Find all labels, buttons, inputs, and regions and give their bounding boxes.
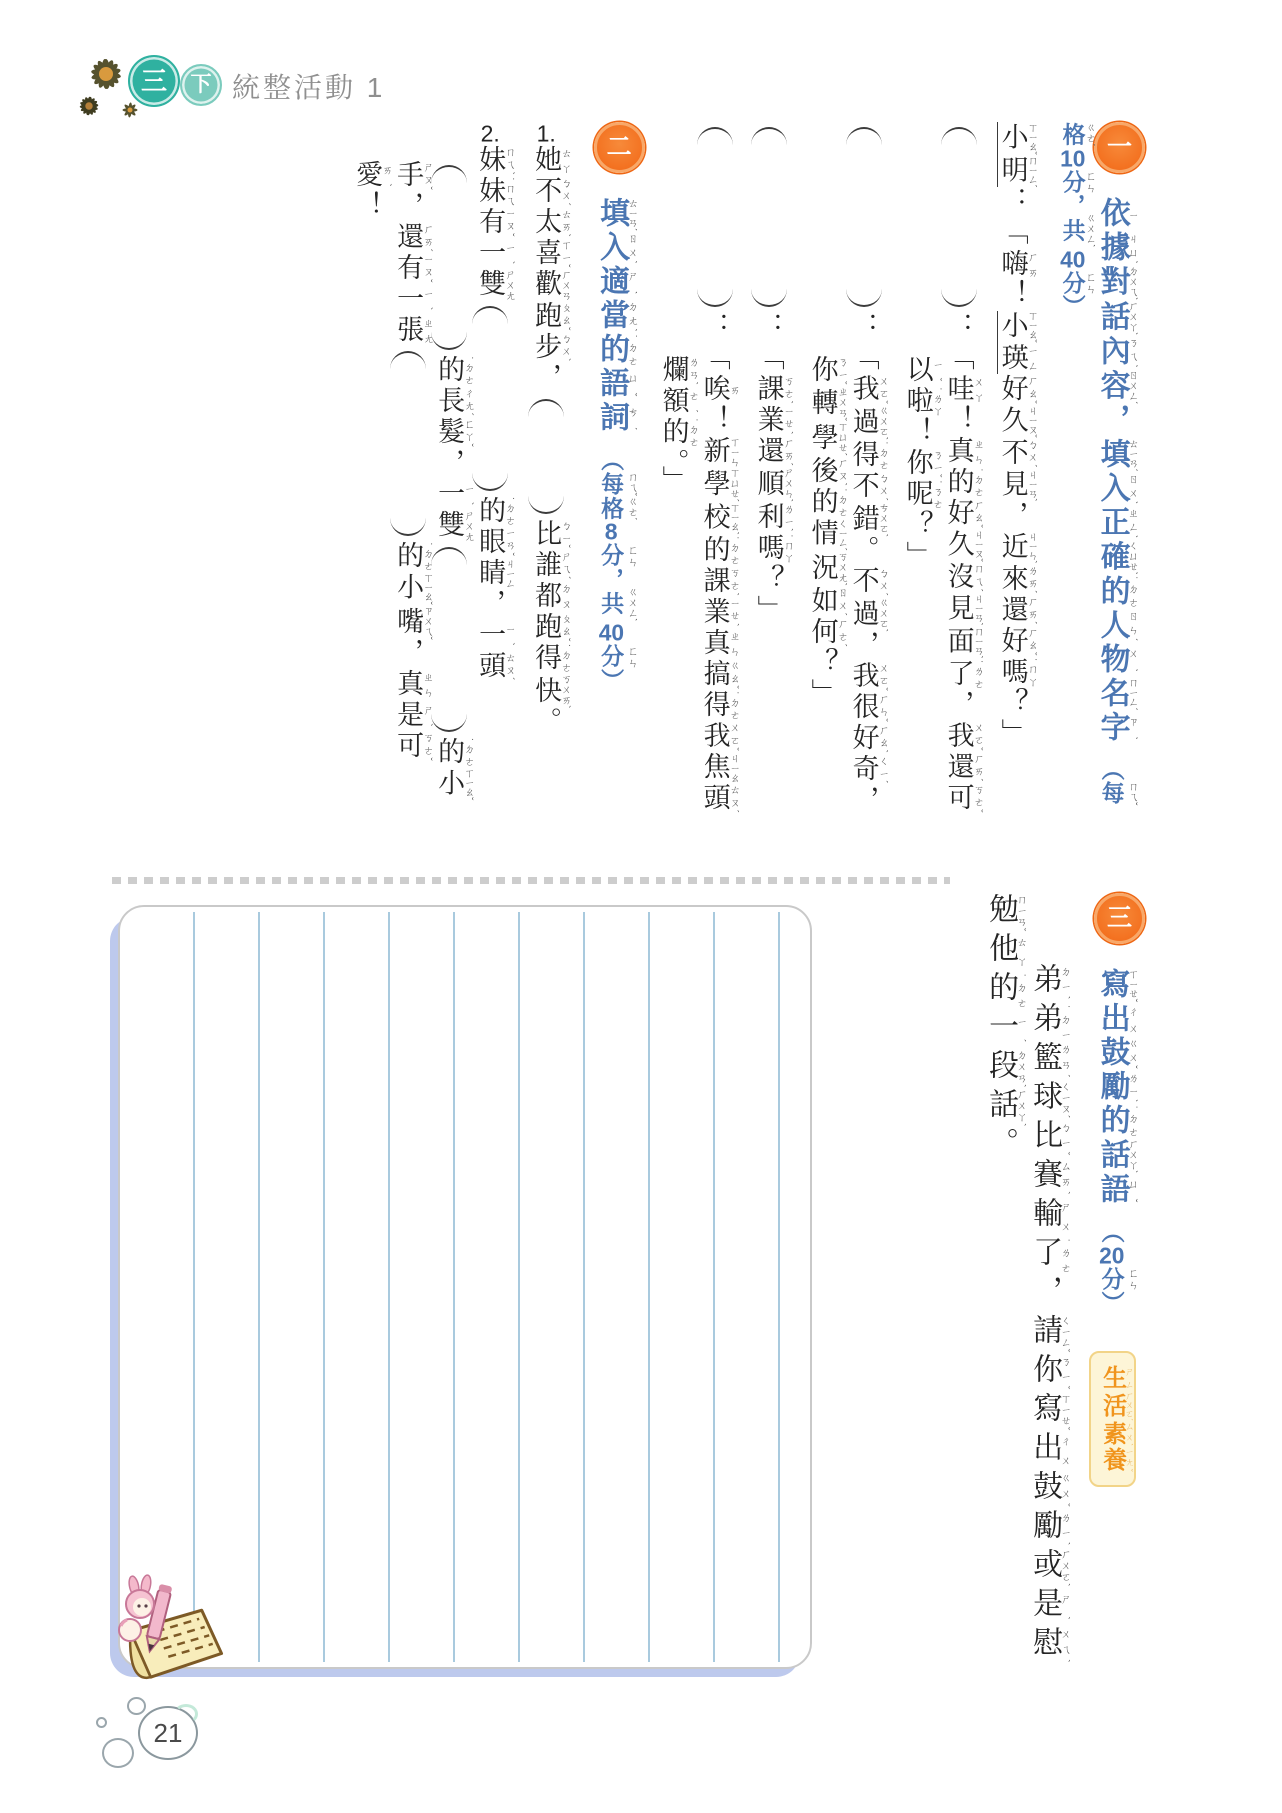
dialogue-line: ：「課ㄎㄜˋ業ㄧㄝˋ還ㄏㄞˊ順ㄕㄨㄣˋ利ㄌㄧˋ嗎˙ㄇㄚ？」 (750, 122, 794, 822)
punctuation: ： (700, 312, 730, 343)
page-number: 21 (138, 1706, 198, 1760)
section2-title: 二 填ㄊㄧㄢˊ入ㄖㄨˋ適ㄕˋ當ㄉㄤˋ的˙ㄉㄜ語ㄩˇ詞ㄘˊ （每ㄇㄟˇ格ㄍㄜˊ8分… (589, 122, 644, 822)
lower-content-band: 三 寫ㄒㄧㄝˇ出ㄔㄨ鼓ㄍㄨˇ勵ㄌㄧˋ的˙ㄉㄜ話ㄏㄨㄚˋ語ㄩˇ （20分ㄈㄣ） 生… (905, 893, 1145, 1685)
punctuation: ？ (808, 648, 838, 679)
punctuation: 。 (849, 535, 879, 566)
punctuation: ！ (944, 405, 974, 436)
item-number: 2. (477, 122, 503, 145)
life-literacy-badge: 生ㄕㄥ活ㄏㄨㄛˊ素ㄙㄨˋ養ㄧㄤˇ (1089, 1351, 1137, 1487)
punctuation: ， (393, 191, 423, 222)
punctuation: ？ (998, 688, 1028, 719)
punctuation: ！ (903, 417, 933, 448)
punctuation: ， (998, 501, 1028, 532)
punctuation: 「 (754, 343, 784, 374)
answer-blank[interactable] (700, 127, 730, 307)
answer-blank[interactable] (434, 547, 464, 732)
section3-prompt: 弟ㄉㄧˋ弟˙ㄉㄧ籃ㄌㄢˊ球ㄑㄧㄡˊ比ㄅㄧˇ賽ㄙㄞˋ輸ㄕㄨ了˙ㄌㄜ，請ㄑㄧㄥˇ你ㄋ… (978, 893, 1071, 1685)
section3-score-note: （20分ㄈㄣ） (1099, 1220, 1125, 1315)
upright-number: 8 (598, 520, 624, 543)
section1-number-circle: 一 (1094, 122, 1145, 173)
punctuation: 。 (984, 1127, 1017, 1166)
upper-content-band: 一 依ㄧ據ㄐㄩˋ對ㄉㄨㄟˋ話ㄏㄨㄚˋ內ㄋㄟˋ容ㄖㄨㄥˊ，填ㄊㄧㄢˊ入ㄖㄨˋ正ㄓㄥ… (85, 122, 1145, 822)
section3-title-text: 寫ㄒㄧㄝˇ出ㄔㄨ鼓ㄍㄨˇ勵ㄌㄧˋ的˙ㄉㄜ話ㄏㄨㄚˋ語ㄩˇ (1096, 968, 1129, 1207)
answer-blank[interactable] (475, 306, 505, 491)
fill-in-item-1: 1.她ㄊㄚ不ㄅㄨˊ太ㄊㄞˋ喜ㄒㄧˇ歡ㄏㄨㄢ跑ㄆㄠˇ步ㄅㄨˋ，比ㄅㄧˇ誰ㄕㄟˊ都ㄉ… (527, 122, 571, 822)
punctuation: ！ (700, 405, 730, 436)
worksheet-page: { "page": { "number": "21" }, "header": … (0, 0, 1282, 1813)
punctuation: ， (1028, 1275, 1061, 1314)
punctuation: ， (849, 785, 879, 816)
punctuation: （ (598, 448, 624, 472)
answer-blank[interactable] (434, 165, 464, 350)
punctuation: ， (531, 363, 561, 394)
item-text: 妹ㄇㄟˋ妹˙ㄇㄟ有ㄧㄡˇ一ㄧˋ雙ㄕㄨㄤ的˙ㄉㄜ眼ㄧㄢˇ睛ㄐㄧㄥ，一ㄧˋ頭ㄊㄡˊ的… (352, 145, 505, 800)
grade-badge: 三 (128, 55, 180, 107)
answer-blank[interactable] (754, 127, 784, 307)
dialogue-line: ：「唉ㄞ！新ㄒㄧㄣ學ㄒㄩㄝˊ校ㄒㄧㄠˋ的˙ㄉㄜ課ㄎㄜˋ業ㄧㄝˋ真ㄓㄣ搞ㄍㄠˇ得˙… (655, 122, 740, 822)
punctuation: 。 (659, 448, 689, 466)
fill-in-item-2: 2.妹ㄇㄟˋ妹˙ㄇㄟ有ㄧㄡˇ一ㄧˋ雙ㄕㄨㄤ的˙ㄉㄜ眼ㄧㄢˇ睛ㄐㄧㄥ，一ㄧˋ頭ㄊㄡ… (348, 122, 515, 822)
page-header: 三 下 統整活動 1 (70, 42, 490, 122)
punctuation: ， (393, 638, 423, 669)
ruled-lines (142, 912, 780, 1662)
section2-score-note: （每ㄇㄟˇ格ㄍㄜˊ8分ㄈㄣ，共ㄍㄨㄥˋ40分ㄈㄣ） (598, 448, 624, 693)
semester-badge: 下 (180, 64, 222, 106)
item-number: 1. (533, 122, 559, 145)
punctuation: ： (998, 187, 1028, 218)
item-text: 她ㄊㄚ不ㄅㄨˊ太ㄊㄞˋ喜ㄒㄧˇ歡ㄏㄨㄢ跑ㄆㄠˇ步ㄅㄨˋ，比ㄅㄧˇ誰ㄕㄟˊ都ㄉㄡ跑… (531, 145, 561, 738)
punctuation: ： (944, 312, 974, 343)
punctuation: 「 (700, 343, 730, 374)
answer-blank[interactable] (944, 127, 974, 307)
punctuation: ！ (352, 191, 382, 222)
page-title: 統整活動 1 (232, 66, 385, 106)
punctuation: 。 (531, 707, 561, 738)
section3-number-circle: 三 (1094, 893, 1145, 944)
punctuation: 」 (659, 466, 689, 497)
bubble-decoration (96, 1717, 107, 1728)
section2-number-circle: 二 (594, 122, 645, 173)
punctuation: ） (1060, 295, 1086, 319)
section1-title-text: 依ㄧ據ㄐㄩˋ對ㄉㄨㄟˋ話ㄏㄨㄚˋ內ㄋㄟˋ容ㄖㄨㄥˊ，填ㄊㄧㄢˊ入ㄖㄨˋ正ㄓㄥˋ確… (1096, 197, 1129, 745)
punctuation: ） (1099, 1291, 1125, 1315)
punctuation: ， (944, 690, 974, 721)
punctuation: ？ (903, 510, 933, 541)
upright-number: 20 (1099, 1244, 1125, 1267)
answer-blank[interactable] (393, 351, 423, 536)
punctuation: 」 (754, 595, 784, 626)
punctuation: 「 (998, 218, 1028, 249)
answer-blank[interactable] (849, 127, 879, 307)
punctuation: ， (434, 448, 464, 479)
punctuation: 」 (808, 679, 838, 710)
punctuation: 「 (849, 343, 879, 374)
punctuation: ： (754, 312, 784, 343)
punctuation: ！ (998, 280, 1028, 311)
punctuation: （ (1099, 757, 1125, 781)
bubble-decoration (102, 1738, 134, 1768)
dialogue-line: ：「哇ㄨㄚ！真ㄓㄣ的˙ㄉㄜ好ㄏㄠˇ久ㄐㄧㄡˇ沒ㄇㄟˊ見ㄐㄧㄢˋ面ㄇㄧㄢˋ了˙ㄌㄜ… (899, 122, 984, 822)
punctuation: ， (1096, 404, 1129, 438)
upright-number: 40 (598, 621, 624, 644)
dialogue-line: ：「我ㄨㄛˇ過ㄍㄨㄛˋ得˙ㄉㄜ不ㄅㄨˊ錯ㄘㄨㄛˋ。不ㄅㄨˊ過ㄍㄨㄛˋ，我ㄨㄛˇ很… (804, 122, 889, 822)
upright-number: 40 (1060, 248, 1086, 271)
section-separator (112, 877, 950, 884)
punctuation: 」 (903, 541, 933, 572)
punctuation: ： (849, 312, 879, 343)
punctuation: （ (1099, 1220, 1125, 1244)
section1-title: 一 依ㄧ據ㄐㄩˋ對ㄉㄨㄟˋ話ㄏㄨㄚˋ內ㄋㄟˋ容ㄖㄨㄥˊ，填ㄊㄧㄢˊ入ㄖㄨˋ正ㄓㄥ… (1056, 122, 1145, 822)
punctuation: ， (849, 630, 879, 661)
section2-title-text: 填ㄊㄧㄢˊ入ㄖㄨˋ適ㄕˋ當ㄉㄤˋ的˙ㄉㄜ語ㄩˇ詞ㄘˊ (595, 197, 628, 435)
bubble-decoration (127, 1697, 146, 1715)
answer-writing-area[interactable] (118, 905, 812, 1669)
punctuation: ） (598, 668, 624, 692)
punctuation: 「 (944, 343, 974, 374)
punctuation: ， (475, 589, 505, 620)
punctuation: 」 (998, 719, 1028, 750)
upright-number: 10 (1060, 147, 1086, 170)
section3-title: 三 寫ㄒㄧㄝˇ出ㄔㄨ鼓ㄍㄨˇ勵ㄌㄧˋ的˙ㄉㄜ話ㄏㄨㄚˋ語ㄩˇ （20分ㄈㄣ） 生… (1089, 893, 1145, 1685)
dialogue-line: 小ㄒㄧㄠˇ明ㄇㄧㄥˊ：「嗨ㄏㄞ！小ㄒㄧㄠˇ瑛ㄧㄥ好ㄏㄠˇ久ㄐㄧㄡˇ不ㄅㄨˊ見ㄐㄧ… (994, 122, 1038, 822)
caterpillar-writing-icon (112, 1574, 230, 1682)
answer-blank[interactable] (531, 399, 561, 514)
punctuation: ？ (754, 564, 784, 595)
